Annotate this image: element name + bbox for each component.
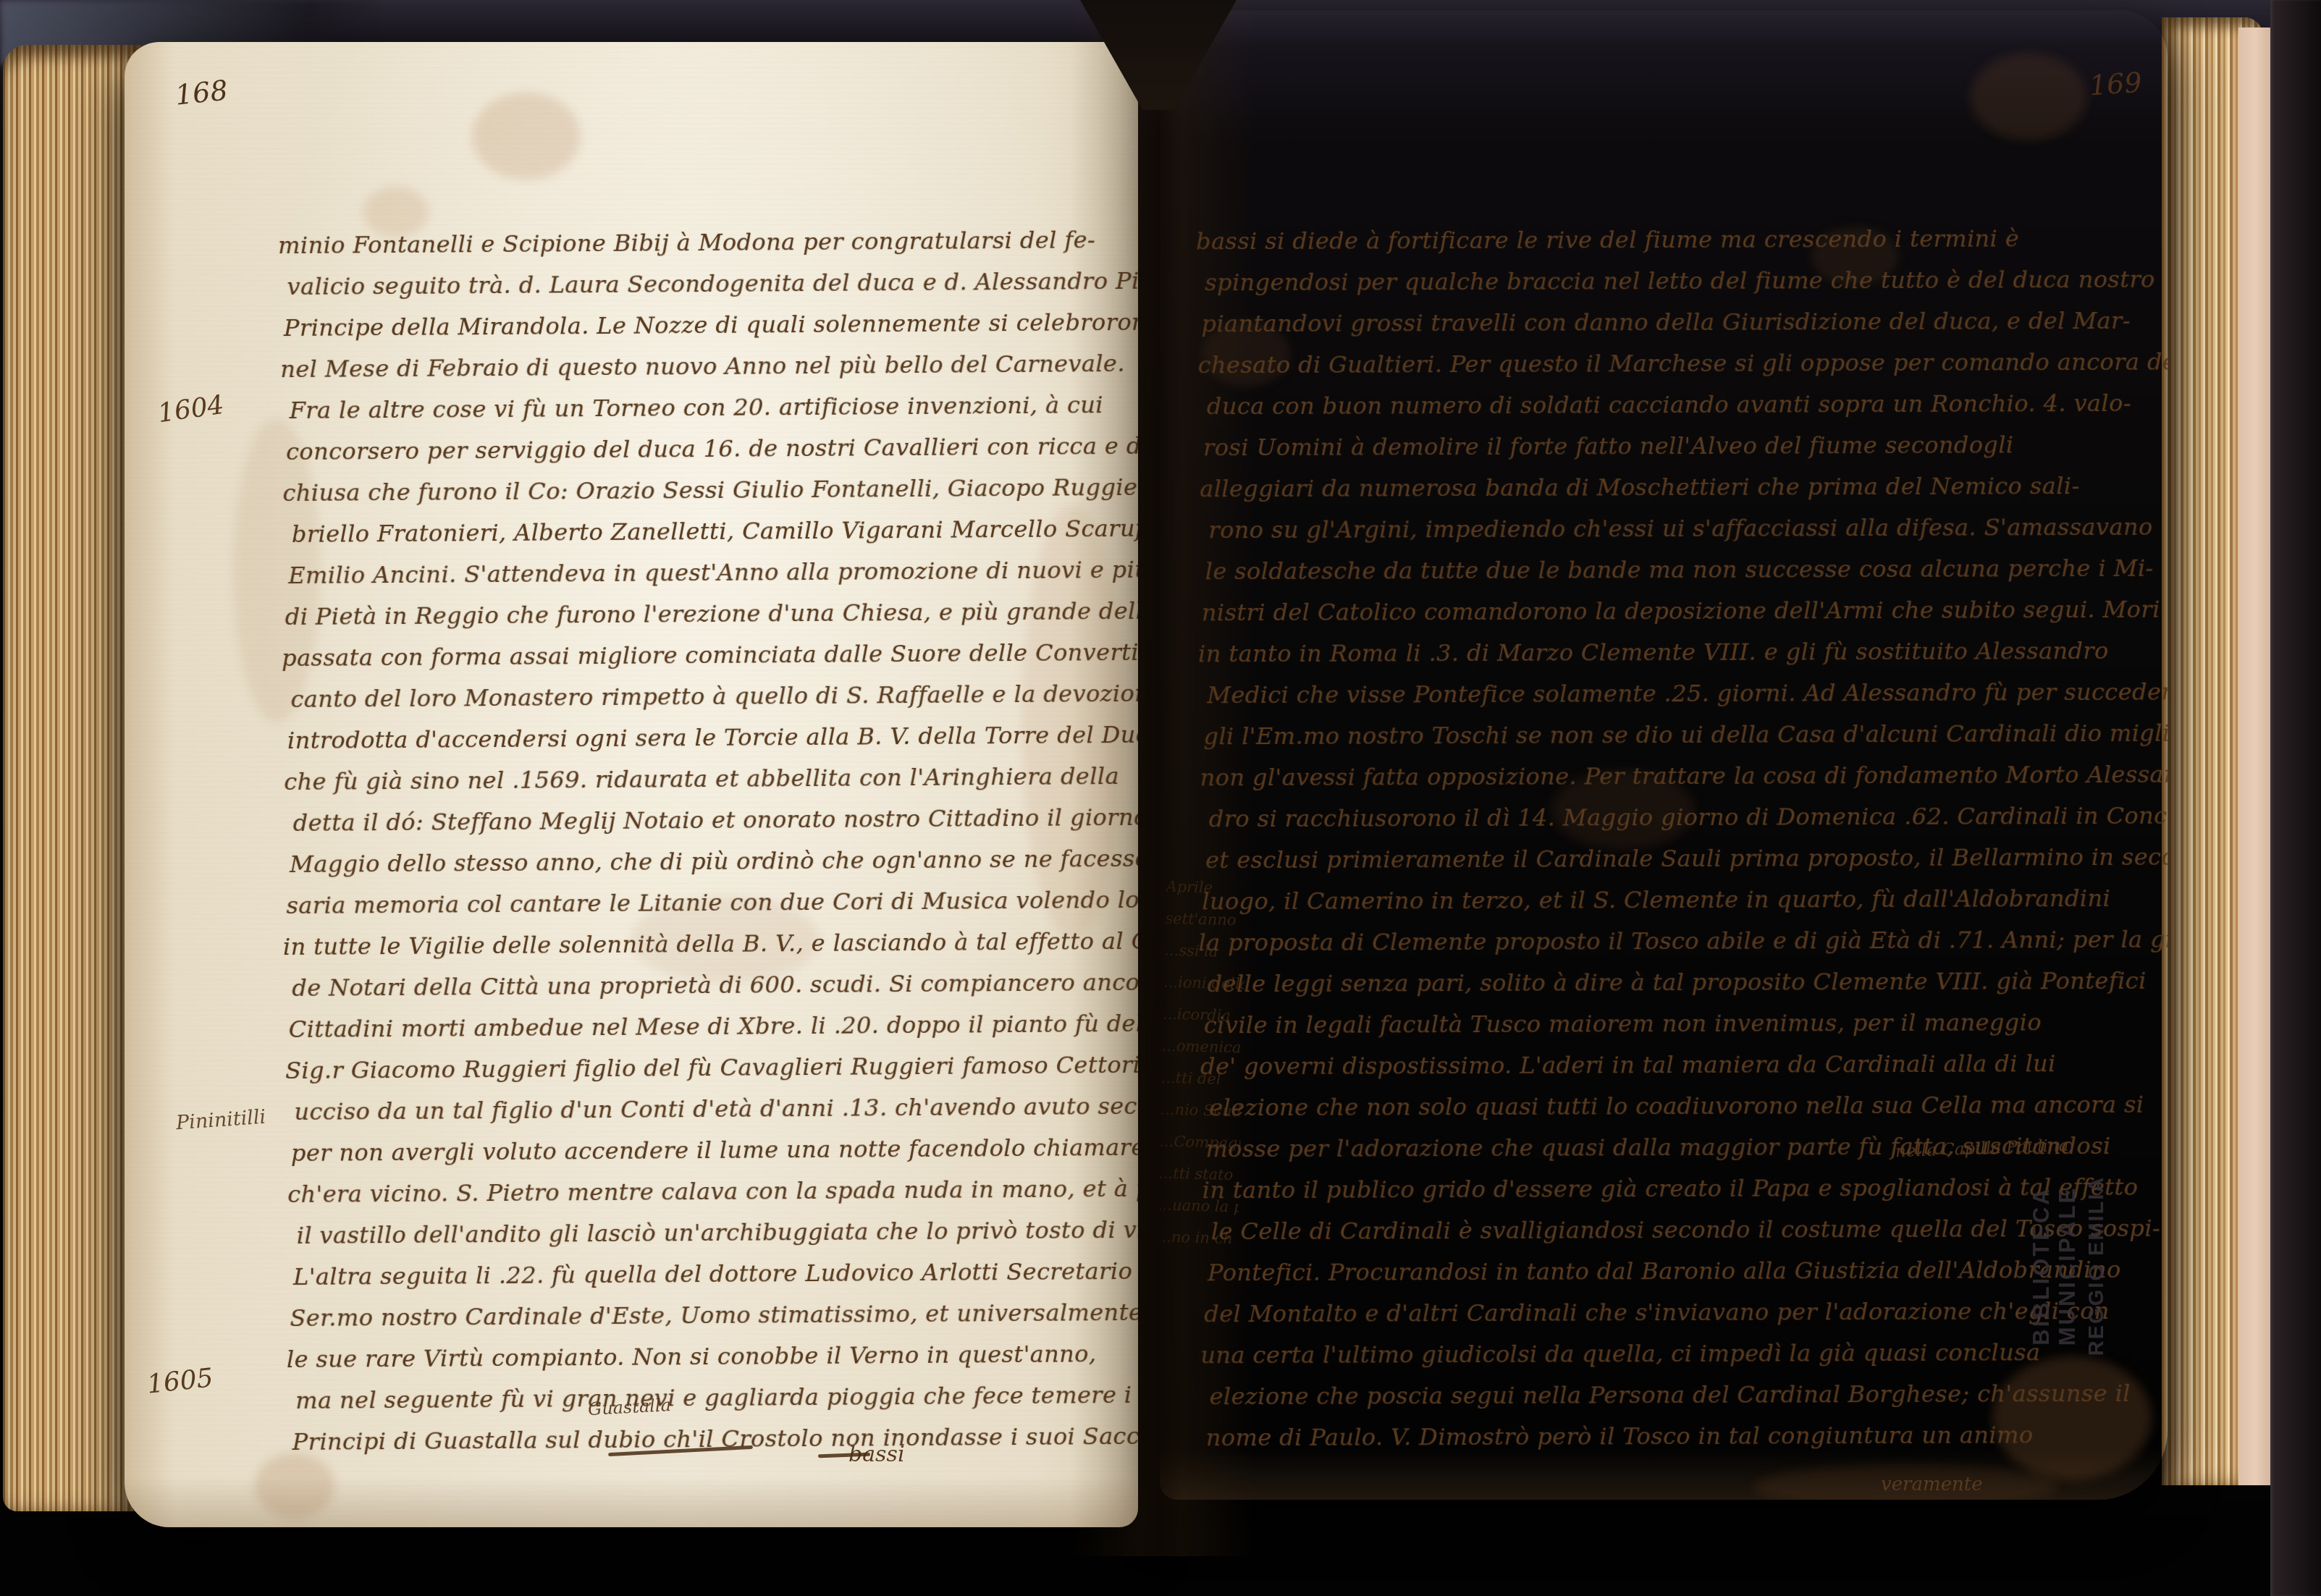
- library-stamp-line2: REGGIO EMILIA: [2085, 1107, 2109, 1425]
- gnote-1: Aprile: [1166, 878, 1247, 912]
- line-9: Emilio Ancini. S'attendeva in quest'Anno…: [288, 556, 1124, 603]
- manuscript-page-right: 169 bassi si diede à fortificare le rive…: [1160, 10, 2168, 1500]
- line-22: elezione che non solo quasi tutti lo coa…: [1209, 1091, 2165, 1136]
- line-18: in tutte le Vigilie delle solennità dell…: [283, 927, 1126, 974]
- line-26: Pontefici. Procurandosi in tanto dal Bar…: [1208, 1256, 2166, 1301]
- line-19: delle leggi senza pari, solito à dire à …: [1208, 967, 2165, 1012]
- gnote-4: ...ioni della: [1163, 974, 1244, 1008]
- line-20: civile in legali facultà Tusco maiorem n…: [1204, 1008, 2165, 1053]
- line-28: una certa l'ultimo giudicolsi da quella,…: [1200, 1338, 2166, 1383]
- line-20: Cittadini morti ambedue nel Mese di Xbre…: [289, 1010, 1127, 1057]
- gutter-margin-notes: Aprilesett'anno...ssi la...ioni della...…: [1160, 878, 1247, 1262]
- library-stamp: BIBLIOTECA MUNICIPALE REGGIO EMILIA: [2029, 1107, 2108, 1425]
- manuscript-page-left: 168 1604 Pininitilli 1605 minio Fontanel…: [125, 42, 1138, 1527]
- line-23: per non avergli voluto accendere il lume…: [291, 1133, 1128, 1181]
- line-15: detta il dó: Steffano Meglij Notaio et o…: [293, 803, 1126, 850]
- foxing-stain: [472, 93, 581, 180]
- open-manuscript-photo: 168 1604 Pininitilli 1605 minio Fontanel…: [0, 0, 2321, 1596]
- gnote-2: sett'anno: [1165, 910, 1247, 944]
- line-30: Principi di Guastalla sul dubio ch'il Cr…: [292, 1422, 1130, 1469]
- catchword-right: veramente: [1881, 1474, 1983, 1495]
- line-27: del Montalto e d'altri Cardinali che s'i…: [1204, 1297, 2166, 1342]
- line-22: ucciso da un tal figlio d'un Conti d'età…: [294, 1092, 1127, 1139]
- line-8: briello Fratonieri, Alberto Zanelletti, …: [292, 515, 1124, 562]
- line-2: valicio seguito trà. d. Laura Secondogen…: [287, 267, 1121, 314]
- line-11: passata con forma assai migliore cominci…: [282, 638, 1124, 685]
- line-9: le soldatesche da tutte due le bande ma …: [1205, 554, 2164, 599]
- line-21: Sig.r Giacomo Ruggieri figlio del fù Cav…: [285, 1051, 1127, 1098]
- line-30: nome di Paulo. V. Dimostrò però il Tosco…: [1206, 1421, 2167, 1466]
- line-25: le Celle di Cardinali è svalligiandosi s…: [1211, 1215, 2166, 1259]
- line-29: ma nel seguente fù vi gran nevi e gaglia…: [295, 1381, 1129, 1428]
- right-page-text-block: bassi si diede à fortificare le rive del…: [1196, 224, 2167, 1466]
- line-15: dro si racchiusorono il dì 14. Maggio gi…: [1209, 802, 2165, 847]
- line-11: in tanto in Roma li .3. di Marzo Clement…: [1198, 637, 2164, 682]
- line-4: chesato di Gualtieri. Per questo il Marc…: [1198, 348, 2163, 393]
- gnote-6: ...omenica: [1161, 1037, 1243, 1071]
- line-10: di Pietà in Reggio che furono l'erezione…: [285, 597, 1124, 644]
- line-1: minio Fontanelli e Scipione Bibij à Modo…: [278, 226, 1121, 273]
- line-7: alleggiari da numerosa banda di Moschett…: [1200, 472, 2163, 517]
- foxing-stain: [1971, 54, 2086, 140]
- line-2: spingendosi per qualche braccia nel lett…: [1205, 266, 2162, 311]
- line-6: rosi Uomini à demolire il forte fatto ne…: [1203, 431, 2163, 476]
- gnote-10: ...tti stato: [1160, 1164, 1240, 1198]
- page-number-left: 168: [174, 74, 229, 111]
- line-17: luogo, il Camerino in terzo, et il S. Cl…: [1202, 884, 2165, 929]
- margin-side-note: Pininitilli: [175, 1106, 266, 1135]
- line-16: Maggio dello stesso anno, che di più ord…: [290, 845, 1126, 892]
- line-5: Fra le altre cose vi fù un Torneo con 20…: [290, 391, 1123, 438]
- line-13: gli l'Em.mo nostro Toschi se non se dio …: [1203, 719, 2164, 764]
- line-3: piantandovi grossi travelli con danno de…: [1201, 307, 2162, 352]
- line-24: in tanto il publico grido d'essere già c…: [1202, 1173, 2166, 1218]
- line-29: elezione che poscia segui nella Persona …: [1210, 1380, 2167, 1424]
- gnote-3: ...ssi la: [1163, 942, 1245, 976]
- line-16: et esclusi primieramente il Cardinale Sa…: [1205, 843, 2165, 888]
- line-25: il vastillo dell'andito gli lasciò un'ar…: [297, 1216, 1129, 1263]
- library-stamp-line1: BIBLIOTECA MUNICIPALE: [2029, 1107, 2081, 1425]
- line-18: la proposta di Clemente proposto il Tosc…: [1198, 926, 2165, 971]
- line-5: duca con buon numero di soldati cacciand…: [1207, 389, 2163, 434]
- line-14: non gl'avessi fatta opposizione. Per tra…: [1200, 761, 2165, 806]
- gnote-11: ...uano la p: [1160, 1196, 1239, 1230]
- margin-year-note-1605: 1605: [146, 1363, 214, 1399]
- line-24: ch'era vicino. S. Pietro mentre calava c…: [287, 1175, 1128, 1222]
- line-21: de' governi dispostissimo. L'aderi in ta…: [1200, 1050, 2165, 1094]
- line-12: canto del loro Monastero rimpetto à quel…: [290, 680, 1124, 727]
- gnote-12: ...no in ch: [1160, 1228, 1238, 1262]
- margin-year-note-1604: 1604: [156, 390, 226, 428]
- line-10: nistri del Catolico comandorono la depos…: [1202, 596, 2164, 641]
- line-26: L'altra seguita li .22. fù quella del do…: [293, 1257, 1129, 1304]
- line-17: saria memoria col cantare le Litanie con…: [286, 886, 1126, 933]
- line-4: nel Mese di Febraio di questo nuovo Anno…: [280, 350, 1122, 397]
- line-27: Ser.mo nostro Cardinale d'Este, Uomo sti…: [290, 1299, 1129, 1346]
- line-12: Medici che visse Pontefice solamente .25…: [1207, 678, 2164, 723]
- line-1: bassi si diede à fortificare le rive del…: [1196, 224, 2162, 269]
- line-3: Principe della Mirandola. Le Nozze di qu…: [284, 308, 1122, 355]
- book-cover-right: [2270, 0, 2321, 1596]
- gnote-7: ...tti del: [1160, 1069, 1242, 1103]
- gnote-9: ...Compagnia: [1160, 1133, 1241, 1167]
- page-number-right: 169: [2089, 67, 2143, 102]
- line-19: de Notari della Città una proprietà di 6…: [292, 968, 1126, 1016]
- foxing-stain: [363, 187, 429, 237]
- line-28: le sue rare Virtù compianto. Non si cono…: [287, 1340, 1129, 1387]
- line-6: concorsero per serviggio del duca 16. de…: [286, 432, 1123, 479]
- line-14: che fù già sino nel .1569. ridaurata et …: [284, 762, 1125, 809]
- line-7: chiusa che furono il Co: Orazio Sessi Gi…: [282, 473, 1123, 520]
- line-13: introdotta d'accendersi ogni sera le Tor…: [287, 721, 1125, 768]
- left-page-text-block: minio Fontanelli e Scipione Bibij à Modo…: [278, 226, 1130, 1469]
- gnote-5: ...icordia: [1162, 1005, 1244, 1039]
- line-8: rono su gl'Argini, impediendo ch'essi ui…: [1208, 513, 2163, 558]
- gnote-8: ...nio Scudi: [1160, 1101, 1242, 1135]
